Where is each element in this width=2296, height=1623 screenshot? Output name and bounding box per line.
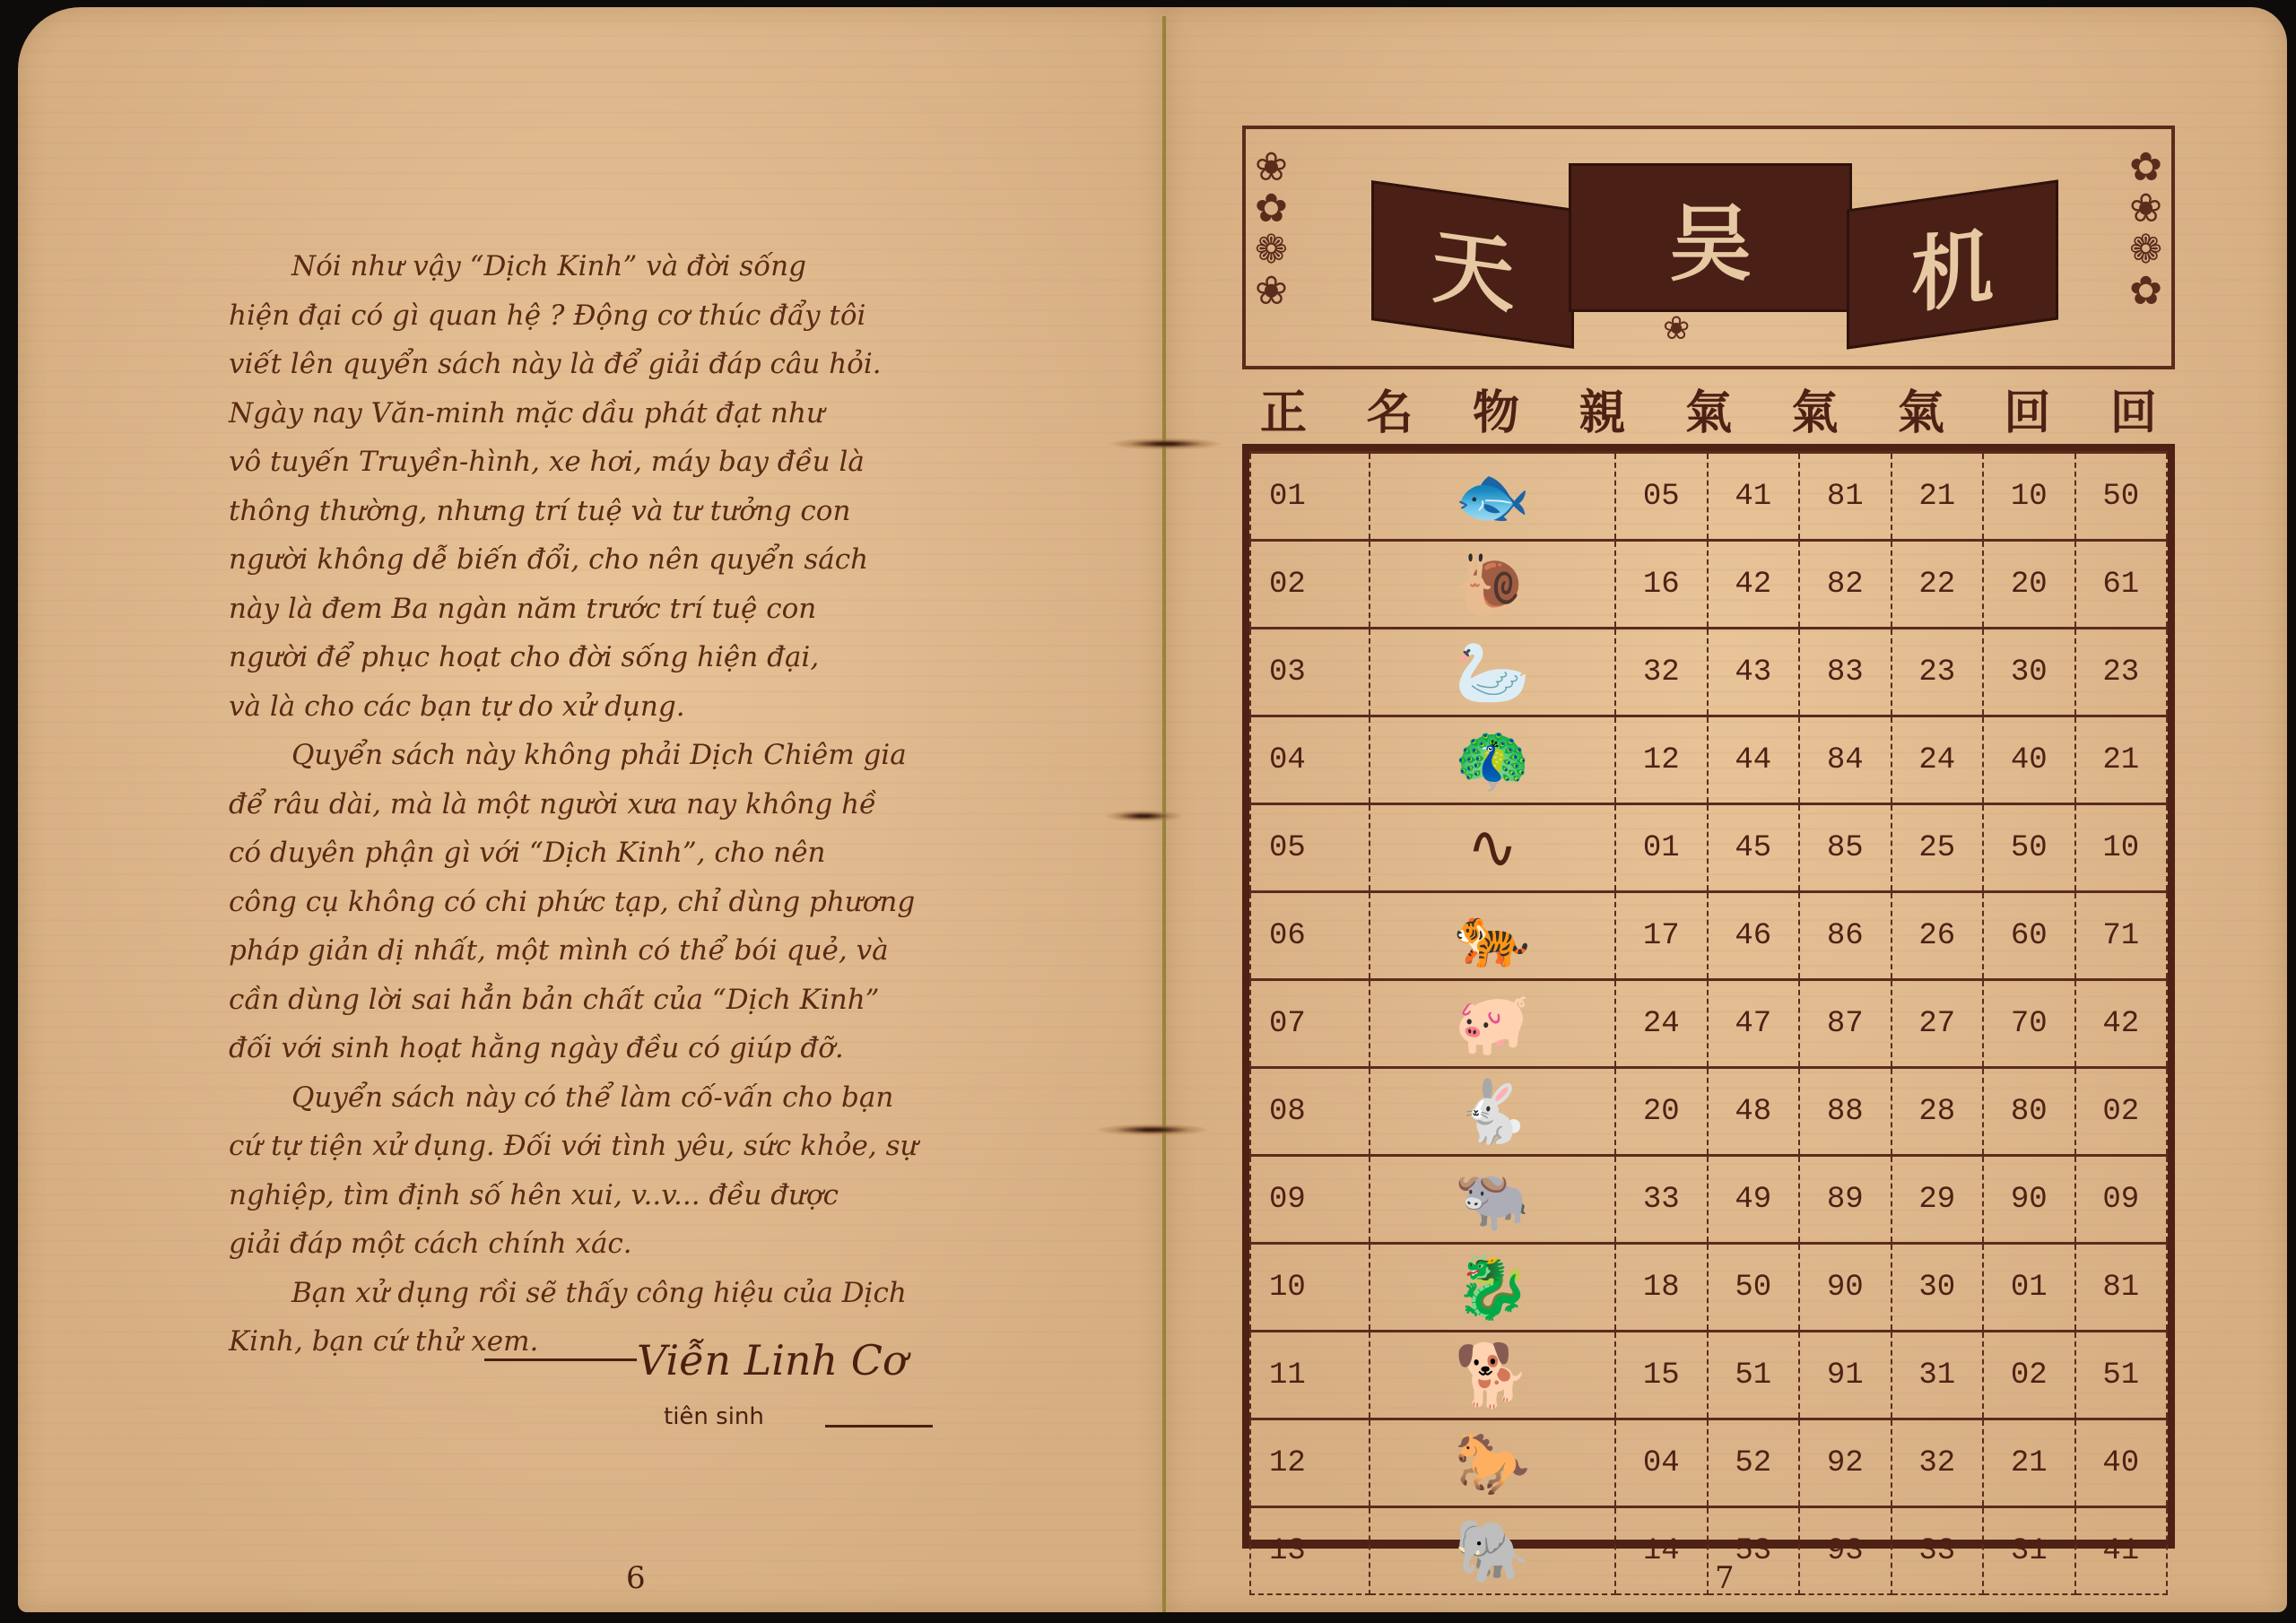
text-line: Quyển sách này có thể làm cố-vấn cho bạn xyxy=(291,1081,893,1114)
number-cell: 20 xyxy=(1983,541,2075,629)
header-char: 回 xyxy=(2110,375,2157,442)
number-cell: 92 xyxy=(1799,1419,1892,1507)
row-index: 06 xyxy=(1250,892,1370,980)
row-index: 01 xyxy=(1250,453,1370,541)
scroll-panel-right: 机 xyxy=(1847,179,2058,349)
number-cell: 22 xyxy=(1892,541,1984,629)
row-index: 10 xyxy=(1250,1244,1370,1332)
page-number-right: 7 xyxy=(1715,1560,1735,1596)
number-cell: 83 xyxy=(1799,629,1892,716)
dragon-icon: 🐉 xyxy=(1370,1244,1615,1332)
row-index: 05 xyxy=(1250,804,1370,892)
text-line: công cụ không có chi phức tạp, chỉ dùng … xyxy=(229,886,915,918)
text-line: hiện đại có gì quan hệ ? Động cơ thúc đẩ… xyxy=(229,299,865,332)
row-index: 09 xyxy=(1250,1156,1370,1244)
header-char: 氣 xyxy=(1685,375,1732,442)
number-cell: 85 xyxy=(1799,804,1892,892)
number-cell: 42 xyxy=(2075,980,2168,1068)
number-cell: 24 xyxy=(1892,716,1984,804)
number-cell: 17 xyxy=(1615,892,1708,980)
number-cell: 48 xyxy=(1708,1068,1800,1156)
text-line: này là đem Ba ngàn năm trước trí tuệ con xyxy=(229,593,816,625)
header-char: 氣 xyxy=(1791,375,1838,442)
number-cell: 70 xyxy=(1983,980,2075,1068)
number-cell: 16 xyxy=(1615,541,1708,629)
preface-text: Nói như vậy “Dịch Kinh” và đời sống hiện… xyxy=(229,242,1036,1367)
table-row: 04🦚124484244021 xyxy=(1250,716,2167,804)
number-cell: 50 xyxy=(2075,453,2168,541)
number-cell: 01 xyxy=(1983,1244,2075,1332)
table-row: 05∿014585255010 xyxy=(1250,804,2167,892)
text-line: Quyển sách này không phải Dịch Chiêm gia xyxy=(291,739,907,771)
text-line: thông thường, nhưng trí tuệ và tư tưởng … xyxy=(229,495,850,527)
number-cell: 52 xyxy=(1708,1419,1800,1507)
table-row: 09🐃334989299009 xyxy=(1250,1156,2167,1244)
number-cell: 21 xyxy=(2075,716,2168,804)
number-cell: 21 xyxy=(1983,1419,2075,1507)
number-cell: 32 xyxy=(1615,629,1708,716)
number-cell: 84 xyxy=(1799,716,1892,804)
horse-icon: 🐎 xyxy=(1370,1419,1615,1507)
number-cell: 51 xyxy=(1708,1332,1800,1419)
number-cell: 15 xyxy=(1615,1332,1708,1419)
table-row: 08🐇204888288002 xyxy=(1250,1068,2167,1156)
number-cell: 81 xyxy=(2075,1244,2168,1332)
number-cell: 10 xyxy=(2075,804,2168,892)
number-cell: 90 xyxy=(1983,1156,2075,1244)
floral-ornament-icon: ❀✿❁❀ xyxy=(1255,147,1288,312)
binding-stitch xyxy=(1103,810,1184,822)
number-cell: 40 xyxy=(1983,716,2075,804)
row-index: 07 xyxy=(1250,980,1370,1068)
number-cell: 10 xyxy=(1983,453,2075,541)
header-char: 正 xyxy=(1260,375,1307,442)
table-row: 01🐟054181211050 xyxy=(1250,453,2167,541)
number-cell: 91 xyxy=(1799,1332,1892,1419)
elephant-icon: 🐘 xyxy=(1370,1507,1615,1595)
worm-icon: ∿ xyxy=(1370,804,1615,892)
number-cell: 50 xyxy=(1708,1244,1800,1332)
number-cell: 30 xyxy=(1983,629,2075,716)
floral-ornament-icon: ✿❀❁✿ xyxy=(2129,147,2162,312)
number-cell: 47 xyxy=(1708,980,1800,1068)
chinese-header-row: 正 名 物 親 氣 氣 氣 回 回 xyxy=(1242,377,2175,439)
number-cell: 27 xyxy=(1892,980,1984,1068)
scroll-panel-middle: 吴 xyxy=(1569,163,1852,312)
animal-number-table: 01🐟05418121105002🐌16428222206103🦢3243832… xyxy=(1242,444,2175,1549)
signature-flourish xyxy=(484,1358,637,1361)
text-line: và là cho các bạn tự do xử dụng. xyxy=(229,690,685,723)
text-line: đối với sinh hoạt hằng ngày đều có giúp … xyxy=(229,1032,844,1064)
number-cell: 14 xyxy=(1615,1507,1708,1595)
text-line: vô tuyến Truyền-hình, xe hơi, máy bay đề… xyxy=(229,446,865,478)
rabbit-icon: 🐇 xyxy=(1370,1068,1615,1156)
number-cell: 21 xyxy=(1892,453,1984,541)
number-cell: 41 xyxy=(1708,453,1800,541)
number-cell: 51 xyxy=(2075,1332,2168,1419)
table-row: 06🐅174686266071 xyxy=(1250,892,2167,980)
text-line: người không dễ biến đổi, cho nên quyển s… xyxy=(229,543,868,576)
paragraph-2: Quyển sách này không phải Dịch Chiêm gia… xyxy=(229,731,1036,1073)
scroll-panel-left: 天 xyxy=(1371,180,1574,349)
number-cell: 28 xyxy=(1892,1068,1984,1156)
number-cell: 30 xyxy=(1892,1244,1984,1332)
number-cell: 32 xyxy=(1892,1419,1984,1507)
text-line: Kinh, bạn cứ thử xem. xyxy=(229,1325,538,1358)
binding-stitch xyxy=(1108,438,1224,450)
signature: Viễn Linh Cơ xyxy=(637,1336,908,1384)
row-index: 02 xyxy=(1250,541,1370,629)
number-cell: 42 xyxy=(1708,541,1800,629)
table-row: 07🐖244787277042 xyxy=(1250,980,2167,1068)
page-number-left: 6 xyxy=(626,1560,646,1596)
row-index: 11 xyxy=(1250,1332,1370,1419)
number-cell: 46 xyxy=(1708,892,1800,980)
number-cell: 45 xyxy=(1708,804,1800,892)
text-line: cần dùng lời sai hẳn bản chất của “Dịch … xyxy=(229,984,880,1016)
text-line: Nói như vậy “Dịch Kinh” và đời sống xyxy=(291,250,806,282)
signature-title: tiên sinh xyxy=(664,1403,764,1430)
number-cell: 26 xyxy=(1892,892,1984,980)
text-line: giải đáp một cách chính xác. xyxy=(229,1228,632,1260)
number-cell: 04 xyxy=(1615,1419,1708,1507)
number-cell: 31 xyxy=(1983,1507,2075,1595)
number-cell: 40 xyxy=(2075,1419,2168,1507)
paragraph-1: Nói như vậy “Dịch Kinh” và đời sống hiện… xyxy=(229,242,1036,731)
number-cell: 12 xyxy=(1615,716,1708,804)
number-cell: 44 xyxy=(1708,716,1800,804)
scroll-graphic: 天 吴 机 xyxy=(1362,154,2062,343)
number-cell: 31 xyxy=(1892,1332,1984,1419)
table-row: 02🐌164282222061 xyxy=(1250,541,2167,629)
number-cell: 43 xyxy=(1708,629,1800,716)
row-index: 12 xyxy=(1250,1419,1370,1507)
text-line: để râu dài, mà là một người xưa nay khôn… xyxy=(229,788,876,820)
header-char: 回 xyxy=(2004,375,2050,442)
text-line: pháp giản dị nhất, một mình có thể bói q… xyxy=(229,934,889,967)
fish-icon: 🐟 xyxy=(1370,453,1615,541)
paragraph-4: Bạn xử dụng rồi sẽ thấy công hiệu của Dị… xyxy=(229,1269,1036,1367)
number-cell: 71 xyxy=(2075,892,2168,980)
text-line: cứ tự tiện xử dụng. Đối với tình yêu, sứ… xyxy=(229,1130,918,1162)
number-cell: 25 xyxy=(1892,804,1984,892)
buffalo-icon: 🐃 xyxy=(1370,1156,1615,1244)
number-cell: 02 xyxy=(2075,1068,2168,1156)
number-cell: 50 xyxy=(1983,804,2075,892)
number-cell: 18 xyxy=(1615,1244,1708,1332)
number-cell: 82 xyxy=(1799,541,1892,629)
snail-icon: 🐌 xyxy=(1370,541,1615,629)
text-line: có duyên phận gì với “Dịch Kinh”, cho nê… xyxy=(229,837,826,869)
number-cell: 89 xyxy=(1799,1156,1892,1244)
row-index: 13 xyxy=(1250,1507,1370,1595)
header-char: 物 xyxy=(1473,375,1519,442)
number-cell: 20 xyxy=(1615,1068,1708,1156)
number-cell: 49 xyxy=(1708,1156,1800,1244)
number-cell: 05 xyxy=(1615,453,1708,541)
table-row: 10🐉185090300181 xyxy=(1250,1244,2167,1332)
binding-stitch xyxy=(1094,1124,1211,1136)
number-cell: 93 xyxy=(1799,1507,1892,1595)
text-line: người để phục hoạt cho đời sống hiện đại… xyxy=(229,641,819,673)
peacock-icon: 🦚 xyxy=(1370,716,1615,804)
row-index: 08 xyxy=(1250,1068,1370,1156)
number-cell: 33 xyxy=(1615,1156,1708,1244)
number-cell: 88 xyxy=(1799,1068,1892,1156)
header-char: 氣 xyxy=(1898,375,1944,442)
tiger-icon: 🐅 xyxy=(1370,892,1615,980)
row-index: 04 xyxy=(1250,716,1370,804)
number-cell: 24 xyxy=(1615,980,1708,1068)
table-row: 11🐕155191310251 xyxy=(1250,1332,2167,1419)
number-cell: 09 xyxy=(2075,1156,2168,1244)
number-cell: 02 xyxy=(1983,1332,2075,1419)
number-cell: 33 xyxy=(1892,1507,1984,1595)
number-cell: 23 xyxy=(1892,629,1984,716)
number-cell: 29 xyxy=(1892,1156,1984,1244)
text-line: Ngày nay Văn-minh mặc dầu phát đạt như xyxy=(229,397,824,430)
number-cell: 61 xyxy=(2075,541,2168,629)
header-char: 親 xyxy=(1578,375,1625,442)
number-cell: 01 xyxy=(1615,804,1708,892)
number-cell: 81 xyxy=(1799,453,1892,541)
table-row: 12🐎045292322140 xyxy=(1250,1419,2167,1507)
text-line: Bạn xử dụng rồi sẽ thấy công hiệu của Dị… xyxy=(291,1277,907,1309)
signature-underline xyxy=(825,1425,933,1428)
number-cell: 87 xyxy=(1799,980,1892,1068)
table-row: 03🦢324383233023 xyxy=(1250,629,2167,716)
number-cell: 86 xyxy=(1799,892,1892,980)
number-table: 01🐟05418121105002🐌16428222206103🦢3243832… xyxy=(1249,451,2168,1595)
dog-icon: 🐕 xyxy=(1370,1332,1615,1419)
pig-icon: 🐖 xyxy=(1370,980,1615,1068)
number-cell: 90 xyxy=(1799,1244,1892,1332)
table-row: 13🐘145393333141 xyxy=(1250,1507,2167,1595)
decorative-banner: ❀✿❁❀ ✿❀❁✿ ❀ 天 吴 机 xyxy=(1242,126,2175,369)
text-line: nghiệp, tìm định số hên xui, v..v... đều… xyxy=(229,1179,839,1211)
text-line: viết lên quyển sách này là để giải đáp c… xyxy=(229,348,882,380)
paragraph-3: Quyển sách này có thể làm cố-vấn cho bạn… xyxy=(229,1073,1036,1269)
number-cell: 80 xyxy=(1983,1068,2075,1156)
number-cell: 60 xyxy=(1983,892,2075,980)
number-cell: 41 xyxy=(2075,1507,2168,1595)
header-char: 名 xyxy=(1366,375,1413,442)
row-index: 03 xyxy=(1250,629,1370,716)
goose-icon: 🦢 xyxy=(1370,629,1615,716)
number-cell: 23 xyxy=(2075,629,2168,716)
